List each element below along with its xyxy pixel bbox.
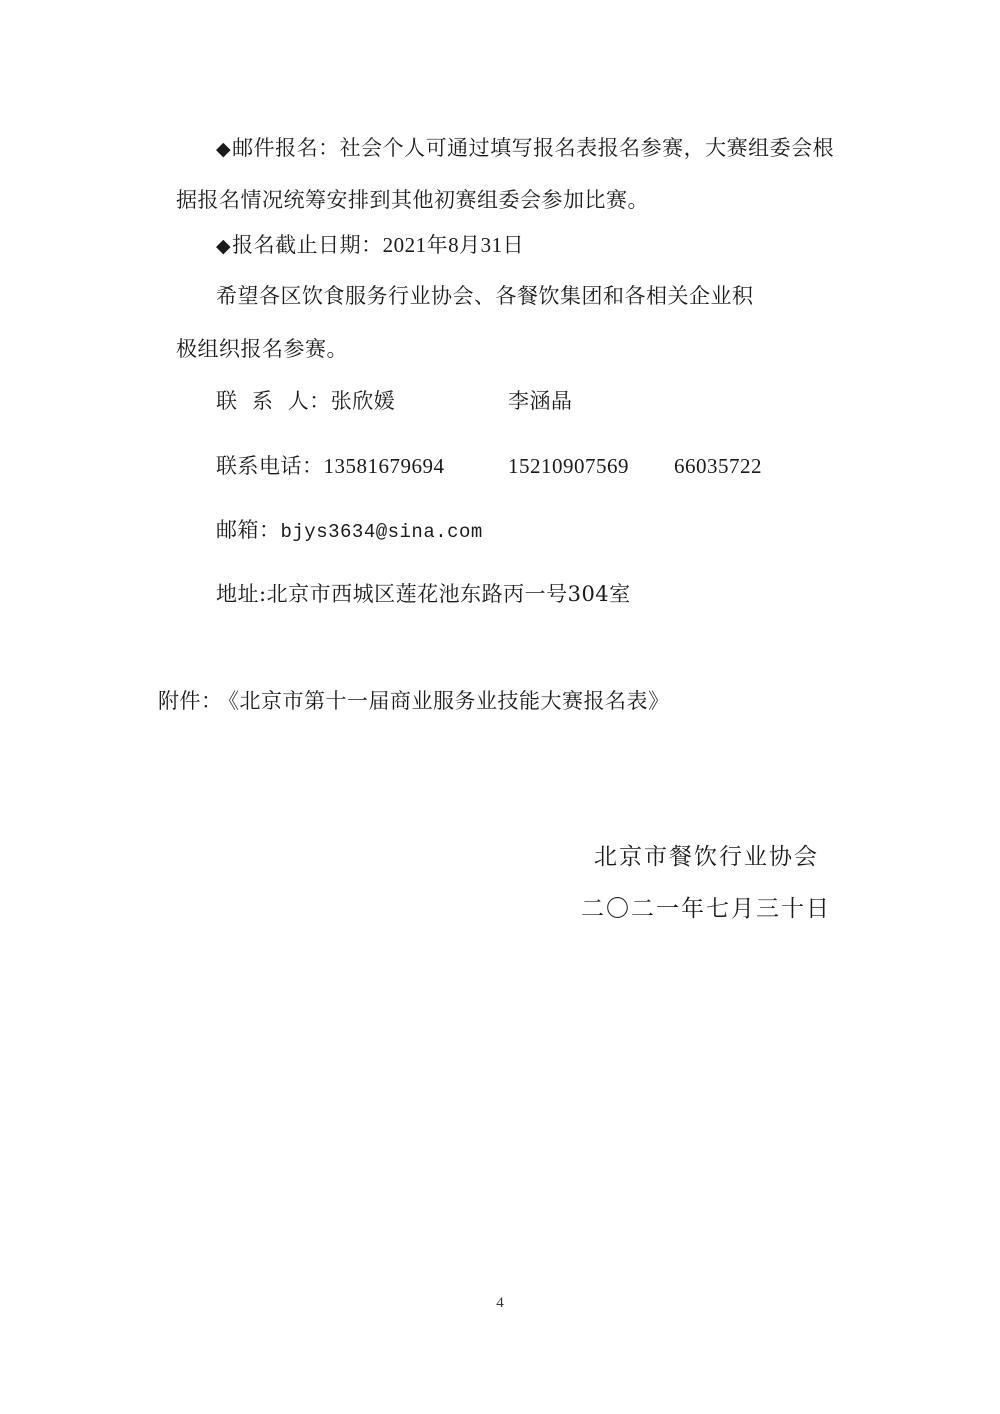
contact-person-line: 联 系 人：张欣媛 (216, 387, 395, 415)
signature-organization: 北京市餐饮行业协会 (594, 843, 819, 871)
mail-registration-line-2: 据报名情况统筹安排到其他初赛组委会参加比赛。 (176, 186, 649, 214)
contact-phone-1: 13581679694 (324, 454, 445, 478)
contact-address-line: 地址:北京市西城区莲花池东路丙一号304室 (216, 580, 631, 608)
contact-phone-3: 66035722 (674, 452, 762, 480)
deadline-value: 2021年8月31日 (383, 233, 525, 257)
contact-phone-2: 15210907569 (508, 452, 629, 480)
contact-email-value[interactable]: bjys3634@sina.com (281, 521, 483, 543)
appeal-line-2: 极组织报名参赛。 (176, 335, 348, 363)
deadline-line: ◆报名截止日期：2021年8月31日 (216, 231, 524, 260)
attachment-title: 《北京市第十一届商业服务业技能大赛报名表》 (229, 689, 670, 713)
signature-date: 二〇二一年七月三十日 (581, 895, 831, 923)
mail-registration-text: 邮件报名：社会个人可通过填写报名表报名参赛，大赛组委会根 (232, 136, 834, 160)
diamond-bullet-icon: ◆ (216, 138, 231, 160)
page-number: 4 (0, 1295, 1000, 1312)
contact-address-label: 地址: (216, 582, 267, 606)
deadline-label: 报名截止日期： (232, 233, 383, 257)
contact-email-label: 邮箱： (216, 518, 281, 542)
attachment-line: 附件：《北京市第十一届商业服务业技能大赛报名表》 (158, 687, 670, 715)
contact-person-2: 李涵晶 (508, 387, 573, 415)
contact-email-line: 邮箱：bjys3634@sina.com (216, 516, 483, 546)
contact-person-label: 联 系 人： (216, 389, 331, 413)
appeal-line-1: 希望各区饮食服务行业协会、各餐饮集团和各相关企业积 (216, 282, 754, 310)
contact-phone-line: 联系电话：13581679694 (216, 452, 445, 480)
contact-phone-label: 联系电话： (216, 454, 324, 478)
attachment-label: 附件： (158, 689, 223, 713)
diamond-bullet-icon: ◆ (216, 235, 231, 257)
contact-address-value: 北京市西城区莲花池东路丙一号304室 (267, 582, 631, 606)
document-page: ◆邮件报名：社会个人可通过填写报名表报名参赛，大赛组委会根 据报名情况统筹安排到… (0, 0, 1000, 1414)
mail-registration-line-1: ◆邮件报名：社会个人可通过填写报名表报名参赛，大赛组委会根 (216, 134, 834, 163)
contact-person-1: 张欣媛 (331, 389, 396, 413)
